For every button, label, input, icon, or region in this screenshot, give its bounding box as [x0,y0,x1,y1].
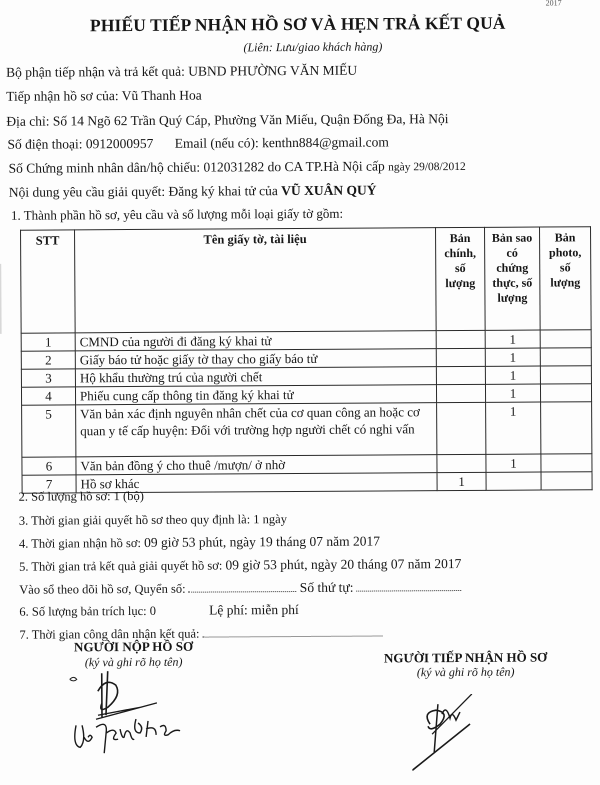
document-subtitle: (Liên: Lưu/giao khách hàng) [0,38,598,57]
processing-duration: 3. Thời gian giải quyết hồ sơ theo quy đ… [19,512,287,529]
table-row: 5 Văn bản xác định nguyên nhân chết của … [22,402,592,457]
table-header-row: STT Tên giấy tờ, tài liệu Bản chính, số … [21,227,592,333]
applicant-value: Vũ Thanh Hoa [122,88,202,103]
receiver-note: (ký và ghi rõ họ tên) [366,664,566,680]
deceased-name: VŨ XUÂN QUÝ [281,183,376,199]
address-line: Địa chỉ: Số 14 Ngõ 62 Trần Quý Cáp, Phườ… [6,111,448,130]
department-value: UBND PHƯỜNG VĂN MIẾU [188,63,357,79]
section-1-heading: 1. Thành phần hồ sơ, yêu cầu và số lượng… [11,206,343,224]
book-label: Vào sổ theo dõi hồ sơ, Quyển số: [19,582,185,597]
email-label: Email (nếu có): [175,135,259,151]
return-time-line: 5. Thời gian trả kết quả giải quyết hồ s… [19,556,461,575]
applicant-label: Tiếp nhận hồ sơ của: [6,88,118,104]
submitter-signature [62,667,213,768]
address-value: Số 14 Ngõ 62 Trần Quý Cáp, Phường Văn Mi… [53,111,449,128]
id-label: Số Chứng minh nhân dân/hộ chiếu: [9,160,201,176]
header-document-name: Tên giấy tờ, tài liệu [75,228,437,333]
extracts-count: 6. Số lượng bản trích lục: 0 [19,604,156,619]
scan-edge-mark [0,264,2,334]
received-value: 09 giờ 53 phút, ngày 19 tháng 07 năm 201… [144,534,380,550]
dossier-count: 2. Số lượng hồ sơ: 1 (bộ) [19,489,144,505]
id-line: Số Chứng minh nhân dân/hộ chiếu: 0120312… [9,158,466,177]
fee: Lệ phí: miễn phí [209,602,299,618]
request-line: Nội dung yêu cầu giải quyết: Đăng ký kha… [9,183,377,201]
order-label: Số thứ tự: [300,580,354,595]
header-photocopy-count: Bản photo, số lượng [540,227,592,330]
documents-table: STT Tên giấy tờ, tài liệu Bản chính, số … [20,226,593,493]
request-value: Đăng ký khai tử của [168,183,277,199]
header-certified-copy-count: Bản sao có chứng thực, số lượng [485,227,541,330]
department-label: Bộ phận tiếp nhận và trả kết quả: [6,64,185,80]
request-label: Nội dung yêu cầu giải quyết: [9,184,165,200]
email-value: kenthn884@gmail.com [262,134,389,150]
return-label: 5. Thời gian trả kết quả giải quyết hồ s… [19,558,222,573]
received-time-line: 4. Thời gian nhận hồ sơ: 09 giờ 53 phút,… [19,534,380,552]
applicant-line: Tiếp nhận hồ sơ của: Vũ Thanh Hoa [6,88,202,105]
receiver-signature [412,694,513,785]
header-original-count: Bản chính, số lượng [436,227,486,330]
department-line: Bộ phận tiếp nhận và trả kết quả: UBND P… [6,63,357,81]
id-date: ngày 29/08/2012 [388,161,466,173]
pickup-time-blank [203,626,383,638]
address-label: Địa chỉ: [6,114,49,129]
document-title: PHIẾU TIẾP NHẬN HỒ SƠ VÀ HẸN TRẢ KẾT QUẢ [0,12,598,37]
book-entry-line: Vào sổ theo dõi hồ sơ, Quyển số: Số thứ … [19,579,461,598]
id-value: 012031282 do CA TP.Hà Nội cấp [203,158,384,174]
phone-value: 0912000957 [86,136,154,151]
received-label: 4. Thời gian nhận hồ sơ: [19,536,141,551]
contact-line: Số điện thoại: 0912000957 Email (nếu có)… [7,134,388,152]
receipt-form: 2017 PHIẾU TIẾP NHẬN HỒ SƠ VÀ HẸN TRẢ KẾ… [0,0,600,785]
extracts-fee-line: 6. Số lượng bản trích lục: 0 Lệ phí: miễ… [19,602,298,620]
header-stt: STT [21,230,76,333]
return-value: 09 giờ 53 phút, ngày 20 tháng 07 năm 201… [225,556,461,572]
submitter-title: NGƯỜI NỘP HỒ SƠ [64,639,204,656]
order-number-blank [357,580,462,592]
book-number-blank [189,581,297,593]
phone-label: Số điện thoại: [7,136,82,151]
corner-mark: 2017 [546,0,562,7]
